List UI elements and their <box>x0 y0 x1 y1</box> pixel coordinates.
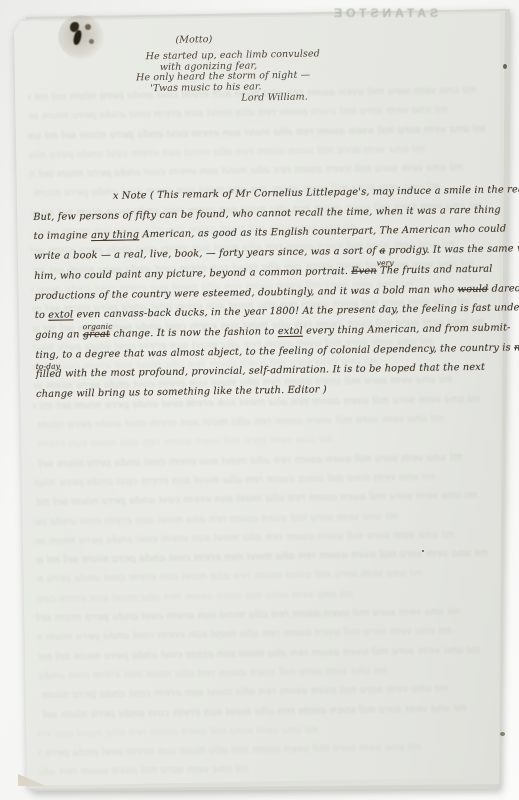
ink-blot <box>58 15 104 59</box>
paper-speck <box>422 550 424 552</box>
note-text: him, who could paint any picture, beyond… <box>34 266 351 282</box>
note-text: The fruits and natural <box>377 263 493 276</box>
note-text: filled with the most profound, provincia… <box>36 362 485 380</box>
note-text: prodigy. It was the same with <box>385 243 519 256</box>
manuscript-photo: mi una vem sora mil uven asom ren alia m… <box>0 0 519 800</box>
note-text: every thing American, and from submit- <box>303 322 511 336</box>
note-text: change. It is now the fashion to <box>110 326 278 340</box>
ink-blot-core <box>89 39 94 44</box>
mirrored-title-bleed: SATANSTOE <box>330 6 438 20</box>
epigraph-label: (Motto) <box>135 33 319 46</box>
struck-text: now <box>514 342 519 353</box>
note-text: change will bring us to something like t… <box>36 384 327 400</box>
note-text: x Note ( This remark of Mr Cornelius Lit… <box>113 184 519 202</box>
paper-speck <box>500 732 505 736</box>
editor-note-paragraph: x Note ( This remark of Mr Cornelius Lit… <box>33 181 498 405</box>
note-text: dared <box>488 283 519 295</box>
note-text: write a book — a real, live, book, — for… <box>34 246 380 263</box>
epigraph-lines: He started up, each limb convulsedwith a… <box>136 50 321 95</box>
note-text: to <box>35 310 49 321</box>
struck-text: would <box>458 283 489 294</box>
note-text: going an <box>35 329 83 341</box>
note-text: to imagine <box>34 231 92 243</box>
note-text: productions of the country were esteemed… <box>34 284 457 302</box>
note-text: But, few persons of fifty can be found, … <box>33 204 501 223</box>
note-text: extol <box>278 326 303 337</box>
epigraph-block: (Motto) He started up, each limb convuls… <box>135 33 320 105</box>
note-text: any thing <box>91 230 139 242</box>
bleedthrough-line: mi una vem sora mil uven asom ren alia m… <box>39 760 249 783</box>
ink-blot-core <box>85 24 91 30</box>
struck-text: Even <box>351 265 377 276</box>
paper-speck <box>503 64 507 69</box>
note-text: American, as good as its English counter… <box>139 224 506 241</box>
note-text: extol <box>48 310 73 321</box>
note-text: even canvass-back ducks, in the year 180… <box>73 302 519 320</box>
page-content: mi una vem sora mil uven asom ren alia m… <box>0 0 519 800</box>
